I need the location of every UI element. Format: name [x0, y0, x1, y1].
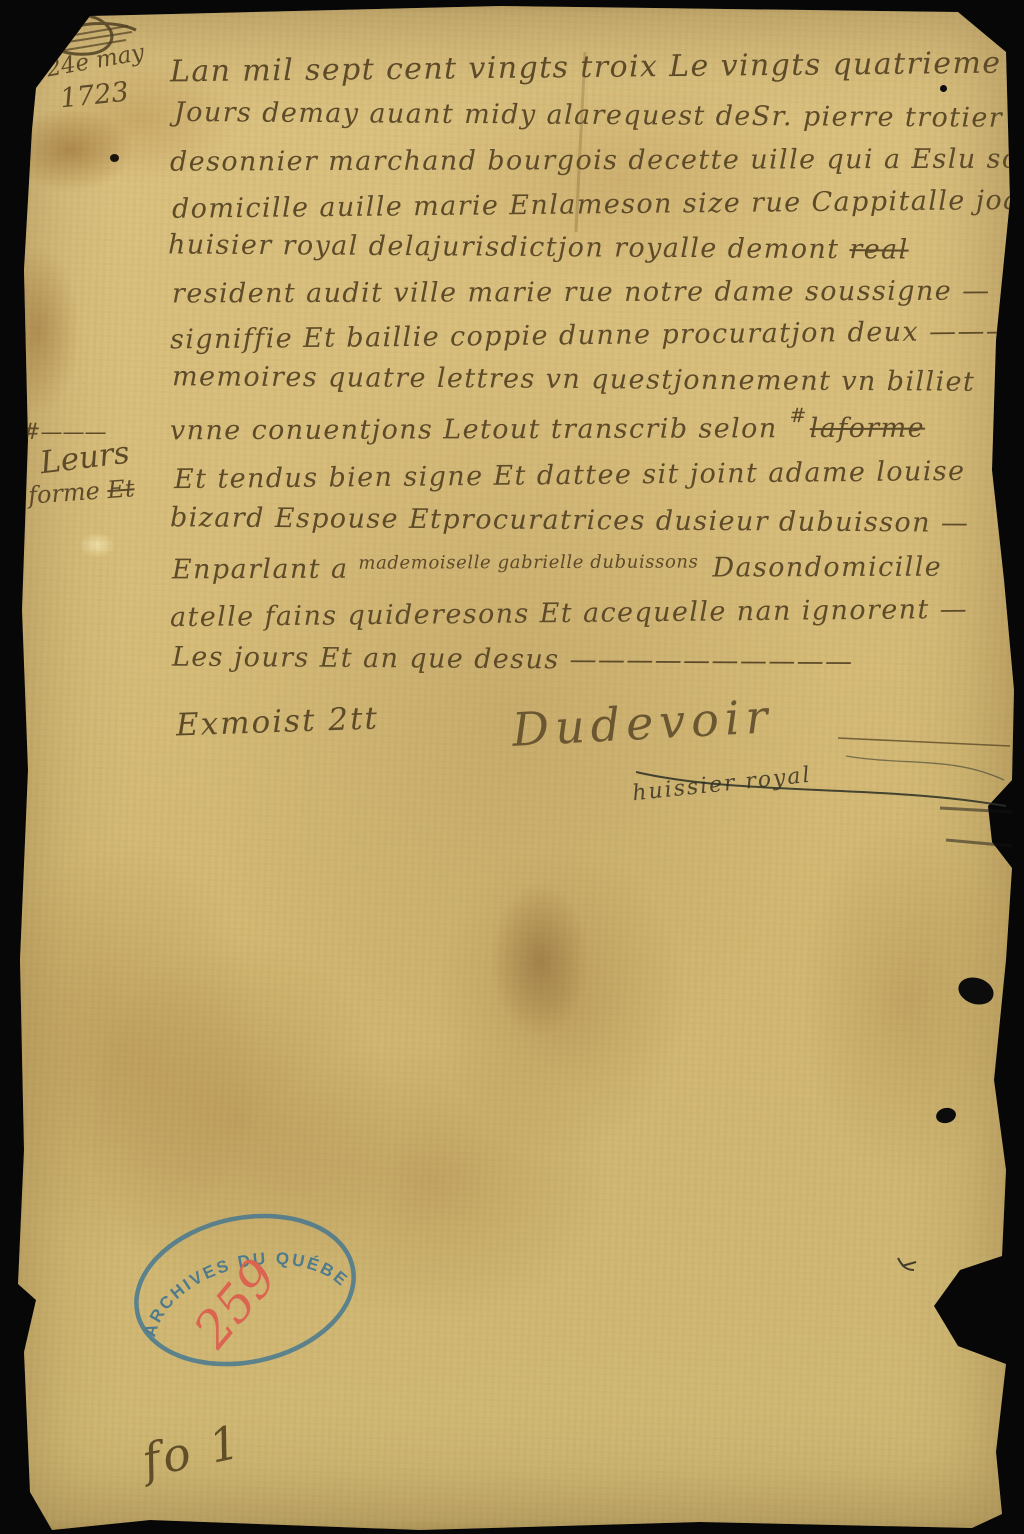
margin-insert-mark: # [22, 420, 40, 445]
ink-spot [110, 154, 119, 162]
closing-fee-note: Exmoist 2tt [175, 700, 379, 743]
manuscript-page: 24e may 1723 #——— Leurs forme Et Lan mil… [0, 0, 1024, 1534]
insertion-caret: # [790, 403, 808, 427]
manuscript-line: resident audit ville marie rue notre dam… [172, 276, 991, 310]
interlinear-addition: mademoiselle gabrielle dubuissons [358, 552, 698, 574]
scan-background: 24e may 1723 #——— Leurs forme Et Lan mil… [0, 0, 1024, 1534]
manuscript-line: memoires quatre lettres vn questjonnemen… [172, 361, 975, 398]
manuscript-line: vnne conuentjons Letout transcrib selon … [170, 413, 925, 447]
worm-hole [940, 85, 947, 92]
manuscript-line: bizard Espouse Etprocuratrices dusieur d… [170, 502, 970, 539]
manuscript-line: Les jours Et an que desus —————————— [172, 642, 854, 678]
manuscript-line: huisier royal delajurisdictjon royalle d… [168, 229, 909, 265]
manuscript-line: desonnier marchand bourgois decette uill… [170, 143, 1024, 177]
manuscript-line: Jours demay auant midy alarequest deSr. … [174, 97, 1024, 134]
manuscript-line: Enparlant a mademoiselle gabrielle dubui… [172, 552, 942, 586]
